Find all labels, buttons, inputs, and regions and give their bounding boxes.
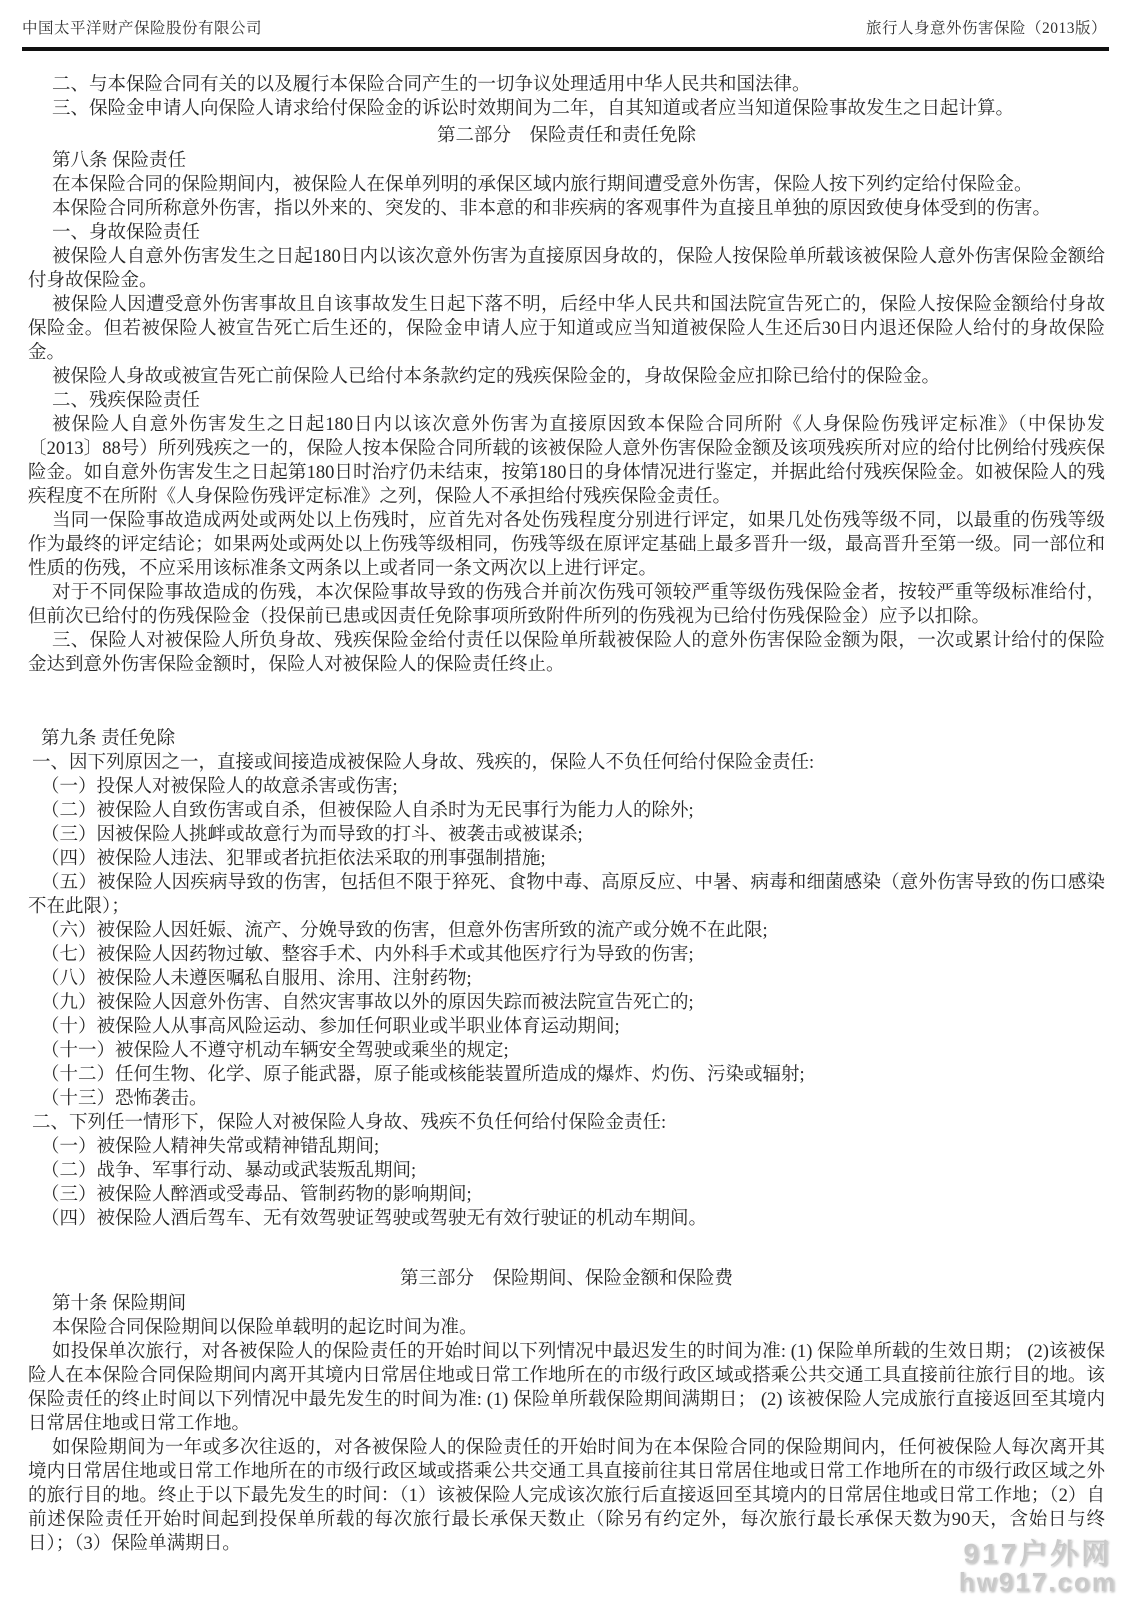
exclusion-cause-item: （七）被保险人因药物过敏、整容手术、内外科手术或其他医疗行为导致的伤害; — [28, 943, 1105, 967]
article-10-paragraph-1: 本保险合同保险期间以保险单载明的起讫时间为准。 — [28, 1316, 1105, 1340]
disability-liability-paragraph-3: 对于不同保险事故造成的伤残，本次保险事故导致的伤残合并前次伤残可领较严重等级伤残… — [28, 581, 1105, 629]
exclusion-cause-item: （三）因被保险人挑衅或故意行为而导致的打斗、被袭击或被谋杀; — [28, 823, 1105, 847]
article-8-paragraph-1: 在本保险合同的保险期间内，被保险人在保单列明的承保区域内旅行期间遭受意外伤害，保… — [28, 173, 1105, 197]
article-9-heading: 第九条 责任免除 — [28, 727, 1105, 751]
exclusion-cause-item: （十三）恐怖袭击。 — [28, 1087, 1105, 1111]
disability-liability-heading: 二、残疾保险责任 — [28, 389, 1105, 413]
exclusion-situation-item: （三）被保险人醉酒或受毒品、管制药物的影响期间; — [28, 1183, 1105, 1207]
intro-clause-3: 三、保险金申请人向保险人请求给付保险金的诉讼时效期间为二年，自其知道或者应当知道… — [28, 97, 1105, 121]
exclusion-situation-item: （四）被保险人酒后驾车、无有效驾驶证驾驶或驾驶无有效行驶证的机动车期间。 — [28, 1207, 1105, 1231]
exclusion-cause-item: （五）被保险人因疾病导致的伤害，包括但不限于猝死、食物中毒、高原反应、中暑、病毒… — [28, 871, 1105, 919]
exclusion-cause-item: （九）被保险人因意外伤害、自然灾害事故以外的原因失踪而被法院宣告死亡的; — [28, 991, 1105, 1015]
article-10-paragraph-2: 如投保单次旅行，对各被保险人的保险责任的开始时间以下列情况中最迟发生的时间为准:… — [28, 1340, 1105, 1436]
header-company-name: 中国太平洋财产保险股份有限公司 — [22, 16, 262, 38]
article-8-paragraph-2: 本保险合同所称意外伤害，指以外来的、突发的、非本意的和非疾病的客观事件为直接且单… — [28, 197, 1105, 221]
article-10-heading: 第十条 保险期间 — [28, 1292, 1105, 1316]
death-liability-paragraph-3: 被保险人身故或被宣告死亡前保险人已给付本条款约定的残疾保险金的，身故保险金应扣除… — [28, 365, 1105, 389]
exclusion-cause-item: （一）投保人对被保险人的故意杀害或伤害; — [28, 775, 1105, 799]
disability-liability-paragraph-2: 当同一保险事故造成两处或两处以上伤残时，应首先对各处伤残程度分别进行评定，如果几… — [28, 509, 1105, 581]
disability-liability-paragraph-1: 被保险人自意外伤害发生之日起180日内以该次意外伤害为直接原因致本保险合同所附《… — [28, 413, 1105, 509]
watermark-site-name: 917户外网 — [959, 1539, 1117, 1568]
article-8-heading: 第八条 保险责任 — [28, 149, 1105, 173]
exclusion-cause-item: （十二）任何生物、化学、原子能武器，原子能或核能装置所造成的爆炸、灼伤、污染或辐… — [28, 1063, 1105, 1087]
intro-clause-2: 二、与本保险合同有关的以及履行本保险合同产生的一切争议处理适用中华人民共和国法律… — [28, 73, 1105, 97]
exclusion-situation-item: （一）被保险人精神失常或精神错乱期间; — [28, 1135, 1105, 1159]
watermark-site-url: hw917.com — [959, 1569, 1117, 1596]
part-2-heading: 第二部分 保险责任和责任免除 — [28, 124, 1105, 148]
exclusion-cause-item: （六）被保险人因妊娠、流产、分娩导致的伤害，但意外伤害所致的流产或分娩不在此限; — [28, 919, 1105, 943]
page-header: 中国太平洋财产保险股份有限公司 旅行人身意外伤害保险（2013版） — [0, 0, 1131, 38]
site-watermark: 917户外网 hw917.com — [959, 1539, 1117, 1596]
exclusion-cause-item: （十一）被保险人不遵守机动车辆安全驾驶或乘坐的规定; — [28, 1039, 1105, 1063]
death-liability-paragraph-2: 被保险人因遭受意外伤害事故且自该事故发生日起下落不明，后经中华人民共和国法院宣告… — [28, 293, 1105, 365]
article-10-paragraph-3: 如保险期间为一年或多次往返的，对各被保险人的保险责任的开始时间为在本保险合同的保… — [28, 1436, 1105, 1556]
part-3-heading: 第三部分 保险期间、保险金额和保险费 — [28, 1267, 1105, 1291]
exclusion-causes-intro: 一、因下列原因之一，直接或间接造成被保险人身故、残疾的，保险人不负任何给付保险金… — [28, 751, 1105, 775]
header-doc-title: 旅行人身意外伤害保险（2013版） — [866, 16, 1107, 38]
exclusion-situation-item: （二）战争、军事行动、暴动或武装叛乱期间; — [28, 1159, 1105, 1183]
exclusion-cause-item: （十）被保险人从事高风险运动、参加任何职业或半职业体育运动期间; — [28, 1015, 1105, 1039]
death-liability-paragraph-1: 被保险人自意外伤害发生之日起180日内以该次意外伤害为直接原因身故的，保险人按保… — [28, 245, 1105, 293]
liability-limit-clause: 三、保险人对被保险人所负身故、残疾保险金给付责任以保险单所载被保险人的意外伤害保… — [28, 629, 1105, 677]
exclusion-cause-item: （八）被保险人未遵医嘱私自服用、涂用、注射药物; — [28, 967, 1105, 991]
death-liability-heading: 一、身故保险责任 — [28, 221, 1105, 245]
document-page: 中国太平洋财产保险股份有限公司 旅行人身意外伤害保险（2013版） 二、与本保险… — [0, 0, 1131, 1600]
exclusion-situations-intro: 二、下列任一情形下，保险人对被保险人身故、残疾不负任何给付保险金责任: — [28, 1111, 1105, 1135]
exclusion-cause-item: （四）被保险人违法、犯罪或者抗拒依法采取的刑事强制措施; — [28, 847, 1105, 871]
document-body: 二、与本保险合同有关的以及履行本保险合同产生的一切争议处理适用中华人民共和国法律… — [0, 51, 1131, 1556]
exclusion-cause-item: （二）被保险人自致伤害或自杀，但被保险人自杀时为无民事行为能力人的除外; — [28, 799, 1105, 823]
